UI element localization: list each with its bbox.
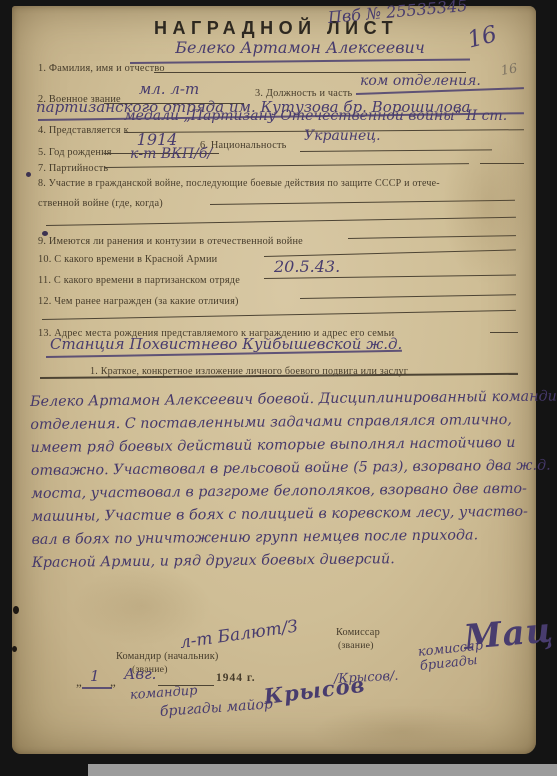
field-8-blank-line bbox=[46, 217, 516, 226]
feat-line: Красной Армии, и ряд других боевых дивер… bbox=[32, 547, 540, 575]
scanned-award-sheet: НАГРАДНОЙ ЛИСТ Пвб № 25535345 16 16 1. Ф… bbox=[0, 0, 557, 776]
field-6-value: Украинец. bbox=[304, 128, 381, 144]
commissar-rank-label: (звание) bbox=[338, 640, 374, 651]
field-12-label: 12. Чем ранее награжден (за какие отличи… bbox=[38, 296, 239, 307]
field-8-label-line1: 8. Участие в гражданской войне, последую… bbox=[38, 178, 440, 189]
brigade-commander-hw-line1: командир bbox=[129, 683, 198, 703]
ink-blot bbox=[26, 172, 31, 177]
field-13-ruled-line-end bbox=[490, 332, 518, 333]
field-1-value: Белеко Артамон Алексеевич bbox=[130, 38, 470, 57]
field-7-ruled-line bbox=[104, 163, 469, 168]
date-day: 1 bbox=[90, 667, 100, 685]
margin-mark-ink: 16 bbox=[465, 21, 500, 53]
paper-stain bbox=[312, 706, 492, 756]
field-9-ruled-line bbox=[348, 235, 516, 239]
commissar-label: Комиссар bbox=[336, 627, 380, 638]
field-8-label-line2: ственной войне (где, когда) bbox=[38, 198, 163, 209]
commander-signature-line: л-т Балют/З bbox=[179, 617, 300, 653]
feat-description: Белеко Артамон Алексеевич боевой. Дисцип… bbox=[30, 386, 540, 575]
date-day-underline bbox=[82, 687, 112, 689]
date-year: 1944 г. bbox=[216, 672, 256, 684]
field-7-label: 7. Партийность bbox=[38, 163, 108, 174]
paper-speck bbox=[13, 606, 19, 614]
field-1-label: 1. Фамилия, имя и отчество bbox=[38, 63, 165, 74]
field-2-value: мл. л-т bbox=[104, 80, 234, 98]
field-10-label: 10. С какого времени в Красной Армии bbox=[38, 254, 217, 265]
date-month: Авг. bbox=[124, 665, 156, 683]
field-5-label: 5. Год рождения bbox=[38, 147, 112, 158]
field-6-label: 6. Национальность bbox=[200, 140, 287, 151]
commander-label: Командир (начальник) bbox=[116, 651, 219, 662]
field-1-ink-underline bbox=[130, 58, 470, 63]
margin-mark-pencil: 16 bbox=[500, 61, 519, 79]
brigade-commander-name: /Крысов/. bbox=[334, 669, 399, 687]
field-8-ruled-line bbox=[210, 200, 515, 205]
field-7-value: к-т ВКП/б/ bbox=[130, 146, 212, 162]
field-3-value: ком отделения. bbox=[360, 73, 481, 89]
field-11-value: 20.5.43. bbox=[274, 257, 340, 276]
field-12-blank-line bbox=[42, 310, 516, 320]
field-12-ruled-line bbox=[300, 294, 516, 299]
date-close-quote: „ bbox=[110, 674, 116, 690]
scan-bottom-strip bbox=[88, 764, 557, 776]
field-6-ruled-line bbox=[300, 149, 492, 152]
field-9-label: 9. Имеются ли ранения и контузии в отече… bbox=[38, 236, 303, 247]
paper-speck bbox=[12, 646, 17, 652]
paper-sheet: НАГРАДНОЙ ЛИСТ Пвб № 25535345 16 16 1. Ф… bbox=[12, 6, 536, 754]
field-11-label: 11. С какого времени в партизанском отря… bbox=[38, 275, 240, 286]
field-10-ruled-line bbox=[264, 249, 516, 257]
ink-blot bbox=[42, 231, 48, 236]
field-7-ruled-line-2 bbox=[480, 163, 524, 164]
commissar-signature: Мац bbox=[462, 610, 555, 658]
field-4-value: медали „Партизану Отечественной войны“ I… bbox=[124, 108, 507, 124]
